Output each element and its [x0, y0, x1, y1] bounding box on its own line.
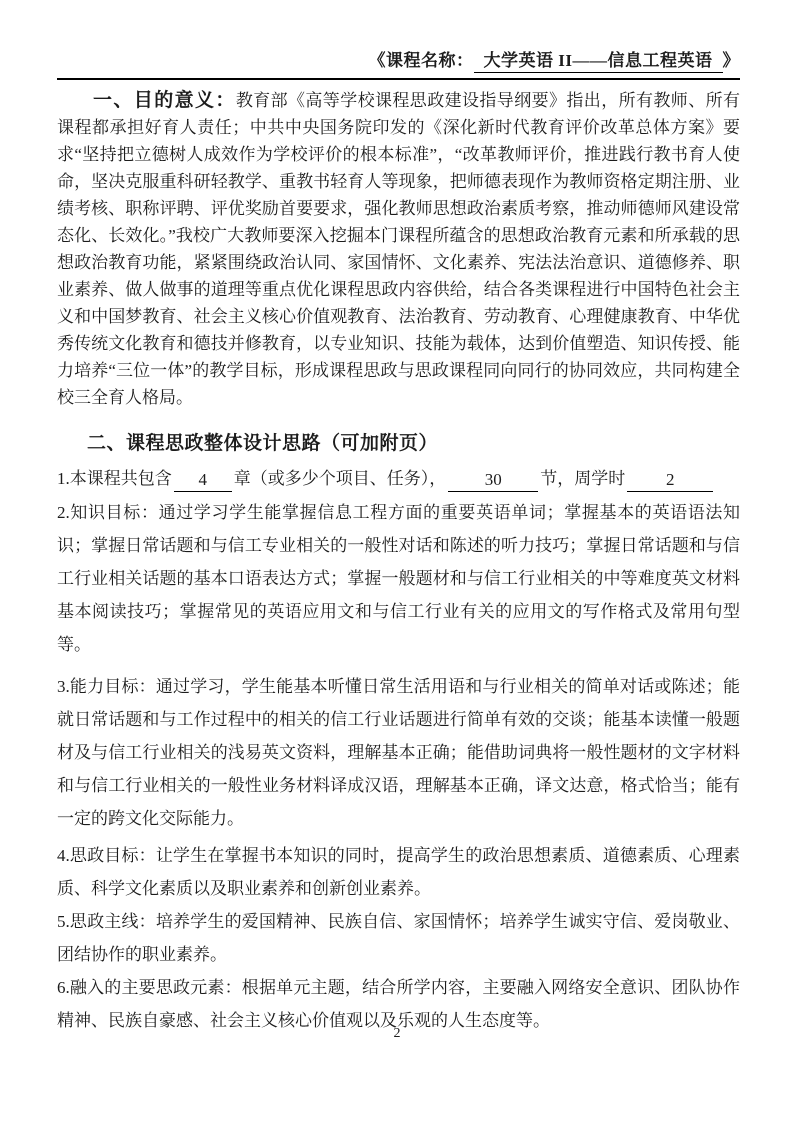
section-count-blank: 30: [448, 469, 538, 492]
section-purpose-paragraph: 一、目的意义：教育部《高等学校课程思政建设指导纲要》指出，所有教师、所有课程都承…: [57, 87, 740, 411]
ideological-goals-paragraph: 4.思政目标：让学生在掌握书本知识的同时，提高学生的政治思想素质、道德素质、心理…: [57, 839, 740, 905]
section-purpose-heading: 一、目的意义：: [93, 90, 236, 111]
stats-part1: 1.本课程共包含: [57, 469, 172, 488]
course-stats-line: 1.本课程共包含4章（或多少个项目、任务），30节，周学时2: [57, 465, 740, 492]
document-page: 《课程名称：大学英语 II——信息工程英语》 一、目的意义：教育部《高等学校课程…: [0, 0, 794, 1123]
ability-goals-paragraph: 3.能力目标：通过学习，学生能基本听懂日常生活用语和与行业相关的简单对话或陈述；…: [57, 670, 740, 835]
knowledge-goals-paragraph: 2.知识目标：通过学习学生能掌握信息工程方面的重要英语单词；掌握基本的英语语法知…: [57, 496, 740, 661]
weekly-hours-blank: 2: [627, 469, 713, 492]
chapter-count-blank: 4: [174, 469, 232, 492]
course-title-label: 《课程名称：: [369, 51, 474, 70]
course-title-header: 《课程名称：大学英语 II——信息工程英语》: [57, 0, 740, 73]
ideological-mainline-paragraph: 5.思政主线：培养学生的爱国精神、民族自信、家国情怀；培养学生诚实守信、爱岗敬业…: [57, 905, 740, 971]
page-number: 2: [0, 1026, 794, 1042]
course-title-close-bracket: 》: [723, 51, 741, 70]
page-content: 《课程名称：大学英语 II——信息工程英语》 一、目的意义：教育部《高等学校课程…: [0, 0, 794, 1037]
section-design-heading: 二、课程思政整体设计思路（可加附页）: [57, 428, 740, 455]
section-purpose-body: 教育部《高等学校课程思政建设指导纲要》指出，所有教师、所有课程都承担好育人责任；…: [57, 91, 740, 407]
header-divider-rule: [57, 78, 740, 80]
stats-part3: 节，周学时: [540, 469, 625, 488]
stats-part2: 章（或多少个项目、任务），: [234, 469, 447, 488]
course-name-value: 大学英语 II——信息工程英语: [474, 46, 723, 73]
